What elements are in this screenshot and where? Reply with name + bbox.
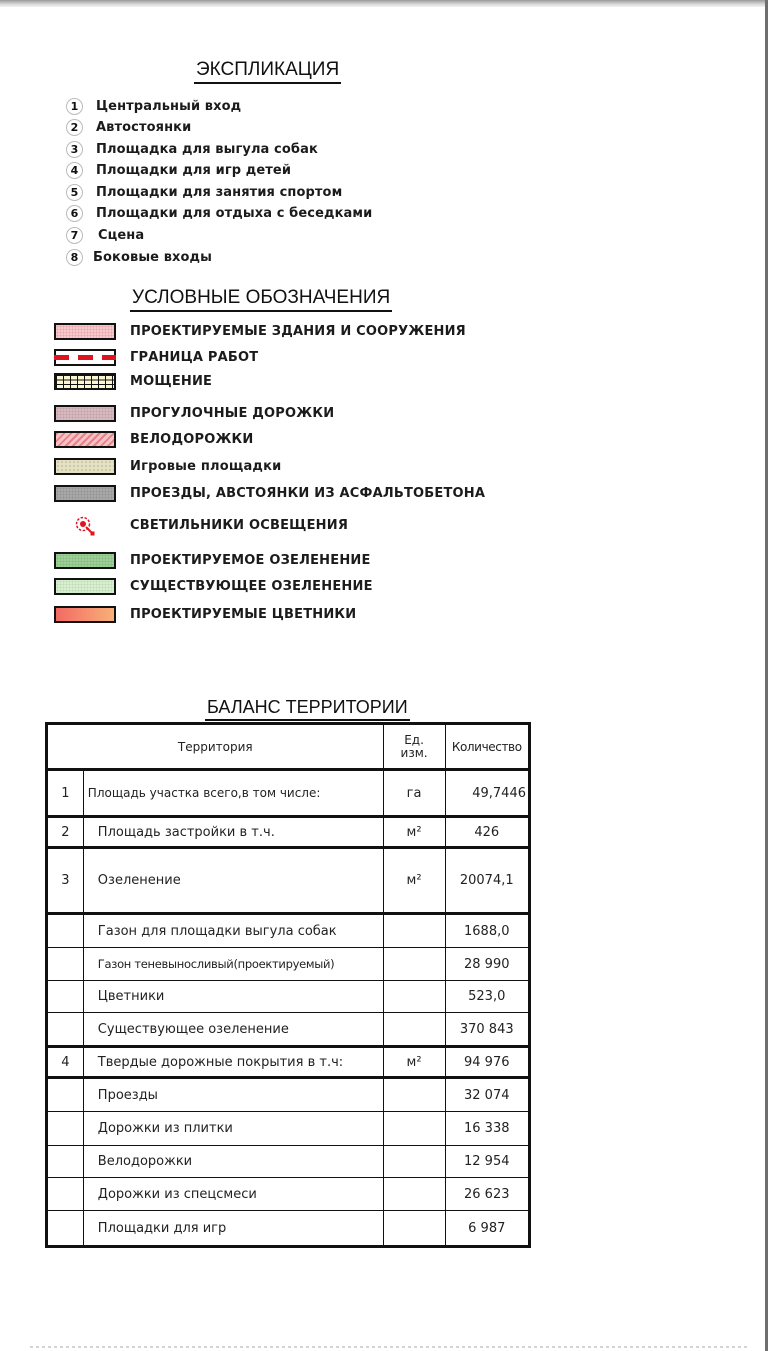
mauve-dotted-swatch-icon <box>54 405 116 422</box>
row-number <box>47 1178 84 1211</box>
row-name: Дорожки из спецсмеси <box>83 1178 383 1211</box>
table-header-row: Территория Ед. изм. Количество <box>47 724 530 770</box>
legend-item: ПРОЕЗДЫ, АВСТОЯНКИ ИЗ АСФАЛЬТОБЕТОНА <box>54 484 485 502</box>
street-lamp-icon <box>54 515 116 535</box>
beige-dotted-swatch-icon <box>54 458 116 475</box>
green-dotted-swatch-icon <box>54 552 116 569</box>
legend-label: ПРОГУЛОЧНЫЕ ДОРОЖКИ <box>130 406 334 421</box>
legend-item: Игровые площадки <box>54 457 281 475</box>
explication-item: 4 Площадки для игр детей <box>66 161 291 181</box>
row-quantity: 12 954 <box>445 1146 530 1178</box>
legend-label: ВЕЛОДОРОЖКИ <box>130 432 253 447</box>
explication-item: 3 Площадка для выгула собак <box>66 139 318 159</box>
number-circle-icon: 5 <box>66 184 83 201</box>
table-row: 4 Твердые дорожные покрытия в т.ч: м² 94… <box>47 1047 530 1078</box>
row-name: Площадь застройки в т.ч. <box>83 817 383 848</box>
header-unit-line2: изм. <box>384 747 445 760</box>
number-circle-icon: 4 <box>66 162 83 179</box>
header-unit-line1: Ед. <box>384 734 445 747</box>
row-unit <box>383 1013 445 1047</box>
row-number: 4 <box>47 1047 84 1078</box>
legend-item: ВЕЛОДОРОЖКИ <box>54 430 253 448</box>
red-hatched-swatch-icon <box>54 431 116 448</box>
table-row: Дорожки из плитки 16 338 <box>47 1112 530 1146</box>
table-row: Дорожки из спецсмеси 26 623 <box>47 1178 530 1211</box>
explication-item: 8 Боковые входы <box>66 247 212 267</box>
row-quantity: 523,0 <box>445 981 530 1013</box>
page-bottom-edge <box>30 1346 748 1348</box>
explication-label: Автостоянки <box>96 120 191 135</box>
explication-label: Сцена <box>98 228 144 243</box>
row-number <box>47 914 84 948</box>
row-name: Озеленение <box>83 848 383 914</box>
row-name: Площадки для игр <box>83 1211 383 1247</box>
legend-item: ПРОЕКТИРУЕМОЕ ОЗЕЛЕНЕНИЕ <box>54 551 371 569</box>
number-circle-icon: 7 <box>66 227 83 244</box>
header-unit: Ед. изм. <box>383 724 445 770</box>
row-unit <box>383 1178 445 1211</box>
row-name: Твердые дорожные покрытия в т.ч: <box>83 1047 383 1078</box>
table-row: Газон теневыносливый(проектируемый) 28 9… <box>47 948 530 981</box>
balance-title: БАЛАНС ТЕРРИТОРИИ <box>205 696 410 721</box>
row-unit <box>383 1211 445 1247</box>
row-name: Газон для площадки выгула собак <box>83 914 383 948</box>
explication-item: 2 Автостоянки <box>66 118 191 138</box>
row-quantity: 426 <box>445 817 530 848</box>
table-row: Площадки для игр 6 987 <box>47 1211 530 1247</box>
row-quantity: 370 843 <box>445 1013 530 1047</box>
number-circle-icon: 1 <box>66 98 83 115</box>
balance-table: Территория Ед. изм. Количество 1 Площадь… <box>45 722 531 1248</box>
legend-label: СУЩЕСТВУЮЩЕЕ ОЗЕЛЕНЕНИЕ <box>130 579 373 594</box>
row-unit: м² <box>383 1047 445 1078</box>
row-number <box>47 1112 84 1146</box>
row-unit <box>383 1078 445 1112</box>
row-name: Проезды <box>83 1078 383 1112</box>
row-quantity: 28 990 <box>445 948 530 981</box>
row-name: Существующее озеленение <box>83 1013 383 1047</box>
row-name: Цветники <box>83 981 383 1013</box>
header-quantity: Количество <box>445 724 530 770</box>
red-dashed-line-swatch-icon <box>54 349 116 366</box>
row-quantity: 20074,1 <box>445 848 530 914</box>
page-top-edge <box>0 0 768 7</box>
table-row: 1 Площадь участка всего,в том числе: га … <box>47 770 530 817</box>
row-unit <box>383 948 445 981</box>
explication-label: Площадка для выгула собак <box>96 142 318 157</box>
light-green-dotted-swatch-icon <box>54 578 116 595</box>
row-unit: га <box>383 770 445 817</box>
row-number: 1 <box>47 770 84 817</box>
legend-label: МОЩЕНИЕ <box>130 374 212 389</box>
legend-item: ПРОЕКТИРУЕМЫЕ ЦВЕТНИКИ <box>54 605 356 623</box>
explication-label: Площадки для игр детей <box>96 163 291 178</box>
row-number <box>47 1013 84 1047</box>
row-unit <box>383 981 445 1013</box>
table-row: 2 Площадь застройки в т.ч. м² 426 <box>47 817 530 848</box>
row-quantity: 16 338 <box>445 1112 530 1146</box>
explication-item: 5 Площадки для занятия спортом <box>66 182 342 202</box>
brick-pattern-swatch-icon <box>54 373 116 390</box>
row-quantity: 26 623 <box>445 1178 530 1211</box>
row-quantity: 94 976 <box>445 1047 530 1078</box>
orange-gradient-swatch-icon <box>54 606 116 623</box>
legend-item: ГРАНИЦА РАБОТ <box>54 348 258 366</box>
row-unit <box>383 1112 445 1146</box>
row-number <box>47 1146 84 1178</box>
row-number: 2 <box>47 817 84 848</box>
row-number <box>47 981 84 1013</box>
legend-label: СВЕТИЛЬНИКИ ОСВЕЩЕНИЯ <box>130 518 348 533</box>
table-row: Цветники 523,0 <box>47 981 530 1013</box>
number-circle-icon: 2 <box>66 119 83 136</box>
legend-item: МОЩЕНИЕ <box>54 372 212 390</box>
explication-label: Центральный вход <box>96 99 241 114</box>
legend-label: ПРОЕЗДЫ, АВСТОЯНКИ ИЗ АСФАЛЬТОБЕТОНА <box>130 486 485 501</box>
row-unit <box>383 1146 445 1178</box>
legend-item: СУЩЕСТВУЮЩЕЕ ОЗЕЛЕНЕНИЕ <box>54 577 373 595</box>
row-number <box>47 1211 84 1247</box>
number-circle-icon: 8 <box>66 249 83 266</box>
table-row: Проезды 32 074 <box>47 1078 530 1112</box>
legend-label: ПРОЕКТИРУЕМЫЕ ЗДАНИЯ И СООРУЖЕНИЯ <box>130 324 466 339</box>
row-number <box>47 1078 84 1112</box>
row-quantity: 1688,0 <box>445 914 530 948</box>
row-quantity: 32 074 <box>445 1078 530 1112</box>
row-quantity: 6 987 <box>445 1211 530 1247</box>
explication-item: 7 Сцена <box>66 225 144 245</box>
explication-label: Боковые входы <box>93 250 212 265</box>
table-row: Велодорожки 12 954 <box>47 1146 530 1178</box>
row-number <box>47 948 84 981</box>
row-unit: м² <box>383 848 445 914</box>
row-name: Газон теневыносливый(проектируемый) <box>83 948 383 981</box>
explication-item: 6 Площадки для отдыха с беседками <box>66 204 372 224</box>
row-quantity: 49,7446 <box>445 770 530 817</box>
legend-title: УСЛОВНЫЕ ОБОЗНАЧЕНИЯ <box>130 287 392 312</box>
legend-item: СВЕТИЛЬНИКИ ОСВЕЩЕНИЯ <box>54 516 348 534</box>
row-name: Площадь участка всего,в том числе: <box>83 770 383 817</box>
row-unit <box>383 914 445 948</box>
legend-label: Игровые площадки <box>130 459 281 474</box>
header-territory: Территория <box>47 724 384 770</box>
row-unit: м² <box>383 817 445 848</box>
row-name: Дорожки из плитки <box>83 1112 383 1146</box>
explication-label: Площадки для отдыха с беседками <box>96 206 372 221</box>
row-number: 3 <box>47 848 84 914</box>
table-row: 3 Озеленение м² 20074,1 <box>47 848 530 914</box>
legend-label: ПРОЕКТИРУЕМЫЕ ЦВЕТНИКИ <box>130 607 356 622</box>
pink-dotted-swatch-icon <box>54 323 116 340</box>
gray-dotted-swatch-icon <box>54 485 116 502</box>
legend-label: ПРОЕКТИРУЕМОЕ ОЗЕЛЕНЕНИЕ <box>130 553 371 568</box>
table-row: Существующее озеленение 370 843 <box>47 1013 530 1047</box>
number-circle-icon: 6 <box>66 205 83 222</box>
legend-item: ПРОГУЛОЧНЫЕ ДОРОЖКИ <box>54 404 334 422</box>
table-row: Газон для площадки выгула собак 1688,0 <box>47 914 530 948</box>
explication-item: 1 Центральный вход <box>66 96 241 116</box>
legend-label: ГРАНИЦА РАБОТ <box>130 350 258 365</box>
explication-label: Площадки для занятия спортом <box>96 185 342 200</box>
row-name: Велодорожки <box>83 1146 383 1178</box>
explication-title: ЭКСПЛИКАЦИЯ <box>194 59 341 84</box>
number-circle-icon: 3 <box>66 141 83 158</box>
legend-item: ПРОЕКТИРУЕМЫЕ ЗДАНИЯ И СООРУЖЕНИЯ <box>54 322 466 340</box>
